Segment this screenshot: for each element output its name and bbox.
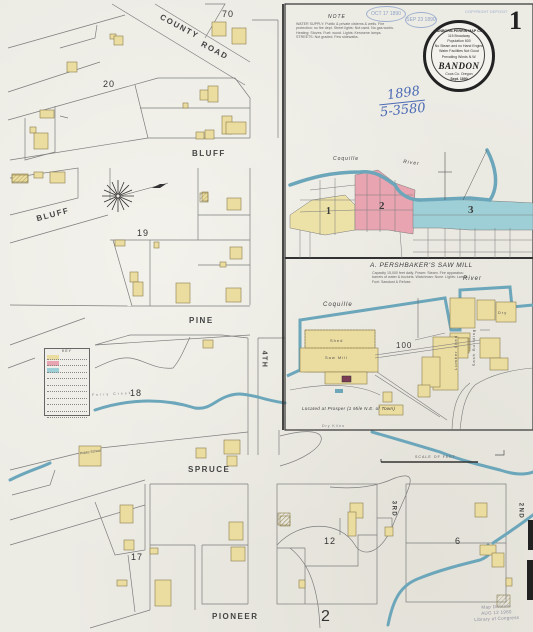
block-20: 20 (103, 79, 115, 89)
received-stamp-date: OCT 17 1890 (371, 11, 401, 17)
seal-water-note: Water Facilities Not Good (426, 49, 492, 53)
map-linework (0, 0, 533, 632)
block-70: 70 (222, 9, 234, 19)
key-sheet-1-link[interactable]: 1 (326, 206, 332, 217)
seal-address: 115 Broadway (426, 34, 492, 38)
block-17: 17 (131, 552, 143, 562)
legend-title: KEY (45, 349, 89, 353)
block-19: 19 (137, 228, 149, 238)
seal-winds: Prevailing Winds N.W. (426, 55, 492, 59)
copyright-stamp: SEP 23 1890 (405, 12, 437, 28)
seal-state-name: Oregon (461, 72, 473, 76)
mill-shed-label: Shed (330, 338, 343, 343)
legend-row (47, 394, 87, 399)
map-legend: KEY (44, 348, 90, 416)
mill-saw-mill-label: Saw Mill (325, 355, 348, 360)
legend-row (47, 413, 87, 418)
copyright-note: COPYRIGHT DEPOSIT (465, 9, 507, 14)
street-spruce: SPRUCE (188, 465, 230, 474)
adjoining-sheet-link[interactable]: 2 (321, 608, 331, 626)
legend-row (47, 355, 87, 360)
mill-river-label-1: Coquille (323, 302, 353, 308)
street-pine: PINE (189, 316, 214, 325)
mill-river-label-2: River (463, 276, 482, 282)
legend-row (47, 407, 87, 412)
mill-lower-label: Dry Kilns (322, 424, 345, 428)
key-river-label-1: Coquille (333, 156, 359, 162)
legend-row (47, 381, 87, 386)
saw-mill-title: A. PERSHBAKER'S SAW MILL (370, 262, 473, 269)
street-second: 2ND (517, 503, 523, 520)
seal-publisher: SANBORN-PERRIN MAP CO. (426, 29, 492, 33)
street-bluff-upper: BLUFF (192, 149, 226, 158)
sheet-number: 1 (509, 6, 522, 36)
street-third: 3RD (390, 501, 396, 518)
seal-county-name: Coos Co. (445, 72, 460, 76)
library-stamp: Map Division AUG 12 1960 Library of Cong… (474, 603, 520, 623)
seal-date: Sept. 1890 (426, 77, 492, 81)
street-pioneer: PIONEER (212, 612, 259, 621)
mill-lumber-shed-label: Lumber Shed (453, 335, 458, 370)
note-text: WATER SUPPLY: Public & private cisterns … (296, 22, 396, 40)
saw-mill-description: Capacity 15,000 feet daily. Power: Steam… (372, 271, 472, 284)
mill-sash-building-label: Sash Building (471, 329, 476, 366)
key-sheet-3-link[interactable]: 3 (468, 204, 475, 216)
legend-row (47, 400, 87, 405)
seal-county: Coos Co. Oregon (426, 72, 492, 76)
block-6: 6 (455, 536, 461, 546)
legend-row (47, 387, 87, 392)
mill-dry-label: Dry (498, 310, 507, 315)
sanborn-map-sheet: 1 NOTE WATER SUPPLY: Public & private ci… (0, 0, 533, 632)
legend-row (47, 374, 87, 379)
title-seal: SANBORN-PERRIN MAP CO. 115 Broadway Popu… (423, 20, 495, 92)
seal-population: Population 600 (426, 39, 492, 43)
seal-town-name: BANDON (426, 61, 492, 71)
seal-fire-note: No Steam and no Hand Engine (426, 44, 492, 48)
street-fourth: 4TH (260, 351, 267, 369)
copyright-stamp-date: SEP 23 1890 (406, 17, 435, 23)
mill-location-note: Located at Prosper (1 Mile N.E. of Town) (302, 406, 395, 411)
block-12: 12 (324, 536, 336, 546)
received-stamp: OCT 17 1890 (366, 6, 406, 22)
note-heading: NOTE (328, 14, 346, 20)
legend-row (47, 361, 87, 366)
scale-label: SCALE OF FEET (415, 455, 456, 459)
mill-block-number: 100 (396, 341, 412, 350)
key-sheet-2-link[interactable]: 2 (379, 200, 386, 212)
legend-row (47, 368, 87, 373)
